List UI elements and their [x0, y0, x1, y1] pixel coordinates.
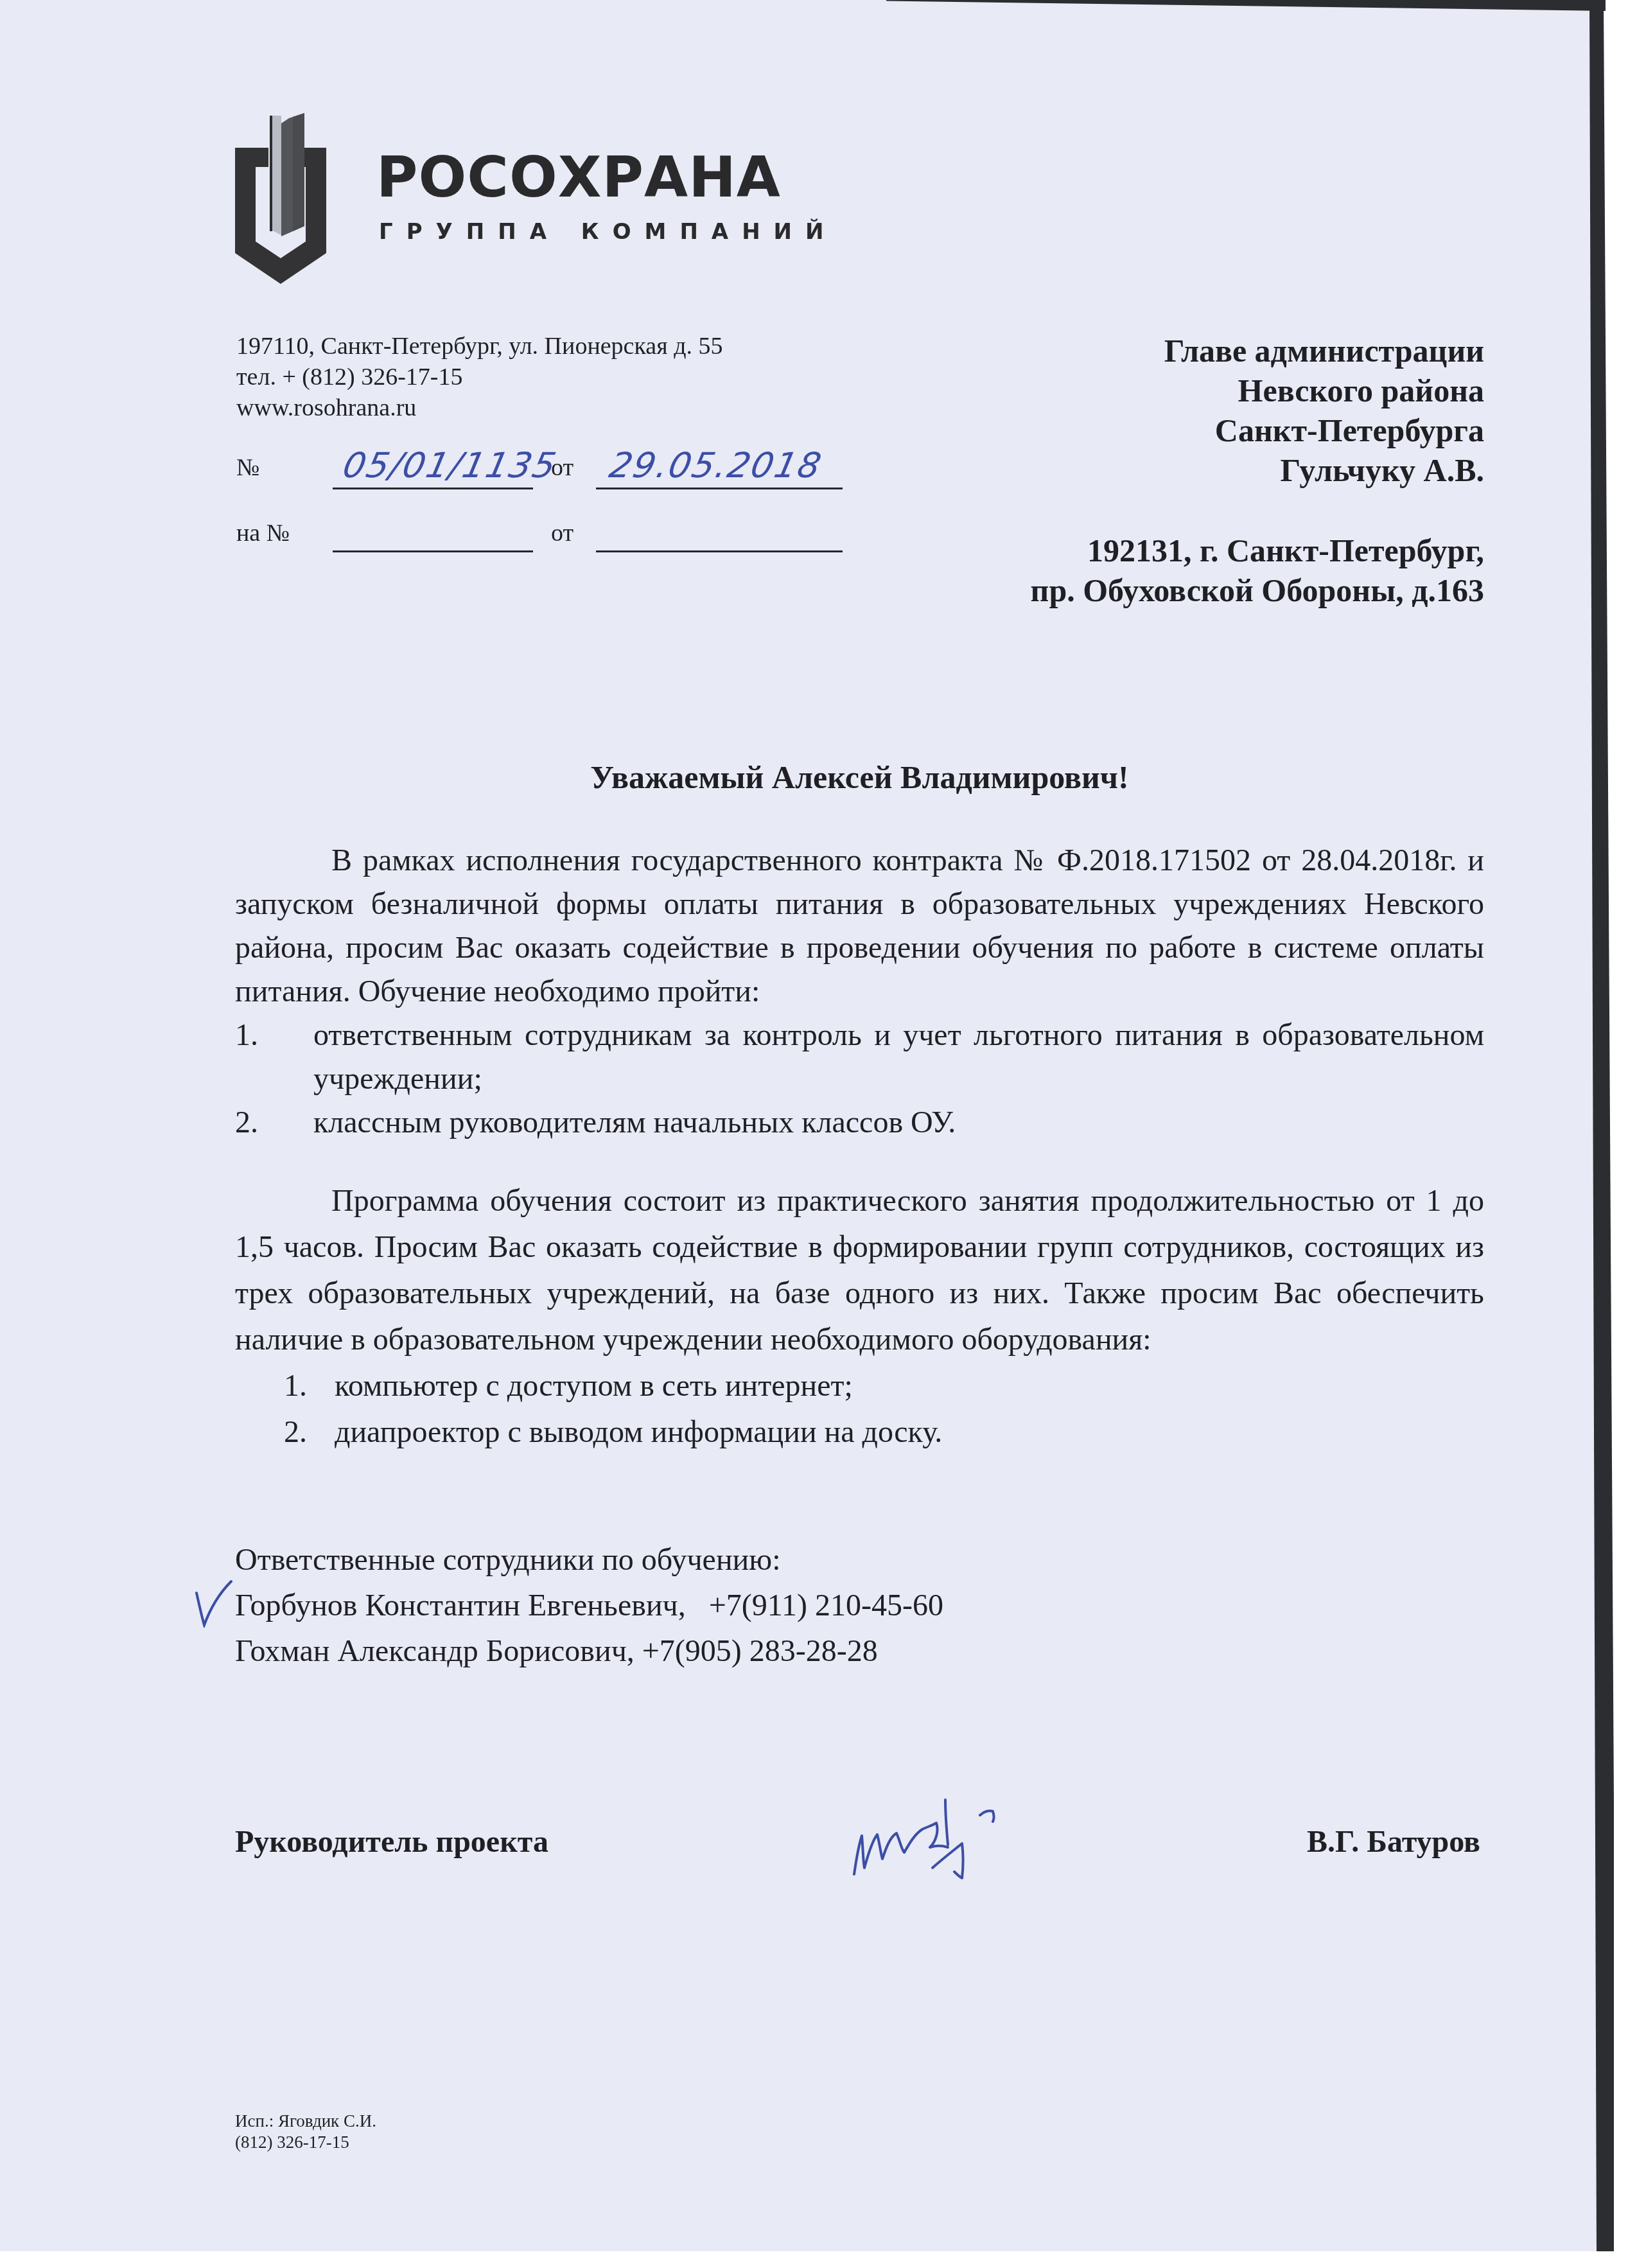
contacts-block: Ответственные сотрудники по обучению: Го… [235, 1537, 943, 1674]
list-number: 2. [235, 1101, 313, 1145]
contacts-heading: Ответственные сотрудники по обучению: [235, 1537, 943, 1583]
handwritten-signature-icon [848, 1792, 1079, 1882]
reply-number-label: на № [236, 520, 290, 546]
reg-number-handwritten: 05/01/1135 [340, 448, 560, 483]
list-text: классным руководителям начальных классов… [313, 1101, 1484, 1145]
addressee-address-line: пр. Обуховской Обороны, д.163 [1031, 570, 1484, 610]
sender-phone: тел. + (812) 326-17-15 [236, 362, 723, 392]
training-list-item: 1. ответственным сотрудникам за контроль… [235, 1014, 1484, 1101]
addressee-address: 192131, г. Санкт-Петербург, пр. Обуховск… [1031, 531, 1484, 610]
contact-name: Гохман Александр Борисович, [235, 1634, 635, 1668]
signer-name: В.Г. Батуров [1307, 1823, 1480, 1861]
footer-executor-block: Исп.: Яговдик С.И. (812) 326-17-15 [235, 2111, 376, 2153]
sender-address: 197110, Санкт-Петербург, ул. Пионерская … [236, 331, 723, 362]
addressee-line: Невского района [1164, 371, 1484, 410]
list-text: компьютер с доступом в сеть интернет; [335, 1363, 853, 1409]
reg-number-label: № [236, 455, 259, 480]
list-text: диапроектор с выводом информации на доск… [335, 1409, 942, 1455]
reg-date-underline [596, 488, 843, 489]
contact-name: Горбунов Константин Евгеньевич, [235, 1588, 686, 1622]
signer-position: Руководитель проекта [235, 1823, 548, 1861]
sender-block: 197110, Санкт-Петербург, ул. Пионерская … [236, 331, 723, 423]
body-paragraph-1: В рамках исполнения государственного кон… [235, 839, 1484, 1014]
letter-body-part1: В рамках исполнения государственного кон… [235, 839, 1484, 1145]
contact-person: Гохман Александр Борисович, +7(905) 283-… [235, 1628, 943, 1674]
executor-phone: (812) 326-17-15 [235, 2132, 376, 2153]
list-number: 1. [284, 1363, 335, 1409]
addressee-block: Главе администрации Невского района Санк… [1164, 331, 1484, 490]
list-number: 1. [235, 1014, 313, 1101]
list-text: ответственным сотрудникам за контроль и … [313, 1014, 1484, 1101]
reply-date-underline [596, 550, 843, 552]
addressee-line: Санкт-Петербурга [1164, 410, 1484, 450]
equipment-list-item: 1. компьютер с доступом в сеть интернет; [235, 1363, 1484, 1409]
addressee-line: Гульчуку А.В. [1164, 450, 1484, 490]
executor-name: Исп.: Яговдик С.И. [235, 2111, 376, 2132]
reg-date-handwritten: 29.05.2018 [606, 448, 825, 483]
equipment-list-item: 2. диапроектор с выводом информации на д… [235, 1409, 1484, 1455]
training-list-item: 2. классным руководителям начальных клас… [235, 1101, 1484, 1145]
reg-number-underline [333, 488, 533, 489]
salutation: Уважаемый Алексей Владимирович! [235, 758, 1484, 796]
contact-phone: +7(911) 210-45-60 [709, 1588, 943, 1622]
reply-date-label: от [551, 520, 573, 546]
letter-body-part2: Программа обучения состоит из практическ… [235, 1178, 1484, 1455]
shield-with-pillar-icon [232, 113, 329, 286]
body-paragraph-2: Программа обучения состоит из практическ… [235, 1178, 1484, 1363]
list-number: 2. [284, 1409, 335, 1455]
contact-person: Горбунов Константин Евгеньевич, +7(911) … [235, 1583, 943, 1628]
handwritten-check-icon [193, 1579, 234, 1628]
addressee-address-line: 192131, г. Санкт-Петербург, [1031, 531, 1484, 570]
sender-website: www.rosohrana.ru [236, 392, 723, 423]
reg-date-label: от [551, 455, 573, 480]
contact-phone: +7(905) 283-28-28 [642, 1634, 878, 1668]
reply-number-underline [333, 550, 533, 552]
company-name: РОСОХРАНА [376, 149, 781, 206]
addressee-line: Главе администрации [1164, 331, 1484, 371]
company-subtitle: ГРУППА КОМПАНИЙ [379, 221, 837, 243]
